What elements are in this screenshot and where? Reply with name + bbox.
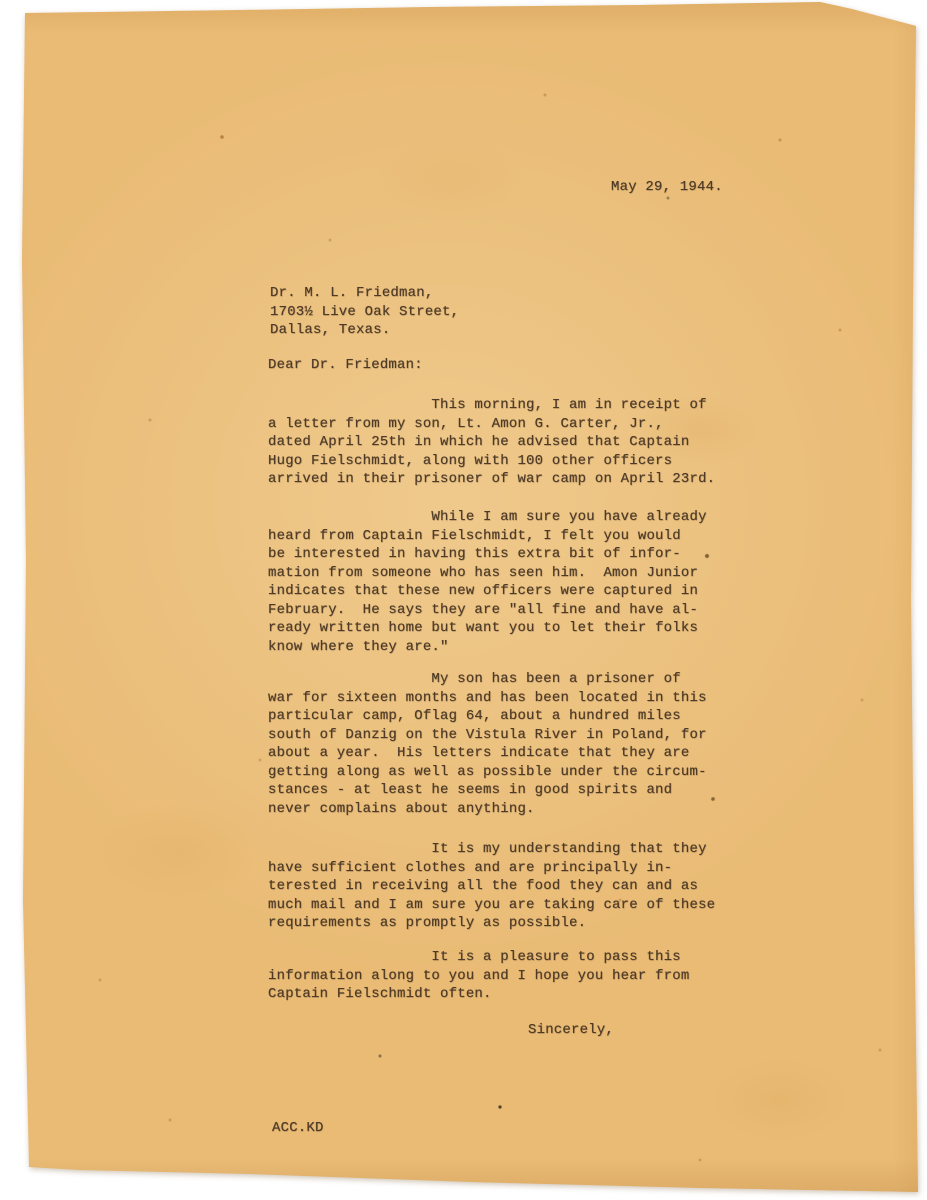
scan-background: May 29, 1944. Dr. M. L. Friedman, 1703½ … [0, 0, 927, 1200]
typist-initials: ACC.KD [272, 1119, 324, 1138]
letter-paragraph: This morning, I am in receipt of a lette… [268, 396, 715, 489]
recipient-address: Dr. M. L. Friedman, 1703½ Live Oak Stree… [270, 284, 459, 340]
closing-signature: Sincerely, [528, 1021, 614, 1040]
letter-paragraph: It is a pleasure to pass this informatio… [268, 948, 689, 1004]
letter-paragraph: While I am sure you have already heard f… [268, 508, 707, 656]
letter-date: May 29, 1944. [611, 178, 723, 197]
salutation: Dear Dr. Friedman: [268, 356, 423, 375]
letter-paragraph: My son has been a prisoner of war for si… [268, 670, 707, 818]
paper-shadow-wrap: May 29, 1944. Dr. M. L. Friedman, 1703½ … [0, 0, 927, 1200]
letter-paper: May 29, 1944. Dr. M. L. Friedman, 1703½ … [0, 0, 927, 1200]
letter-paragraph: It is my understanding that they have su… [268, 840, 715, 933]
